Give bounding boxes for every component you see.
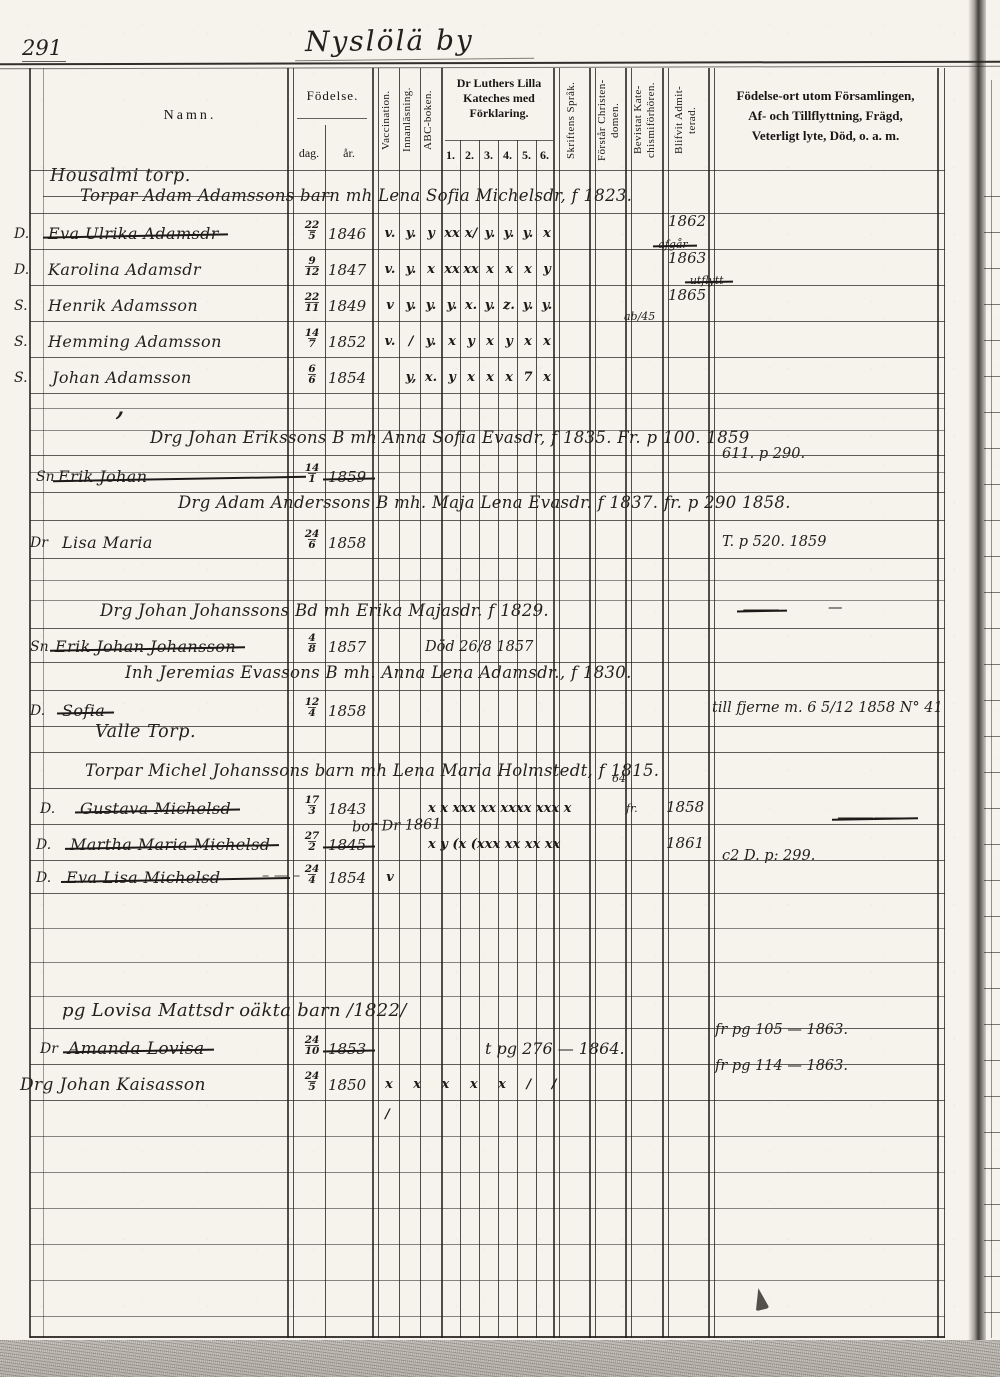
margin-note: T. p 520. 1859 — [722, 534, 826, 550]
col-katekes-6: 6. — [535, 148, 554, 163]
family-header: pg Lovisa Mattsdr oäkta barn /1822/ — [62, 1000, 407, 1021]
mark-cell: x — [538, 219, 556, 249]
death-note: Död 26/8 1857 — [425, 632, 533, 662]
transfer-note: t pg 276 — 1864. — [485, 1034, 625, 1064]
birth-year: 1850 — [328, 1070, 366, 1100]
mark-cell: x. — [422, 363, 440, 393]
mark-cell: y. — [443, 291, 461, 321]
dash-mark: — — [828, 600, 843, 616]
mark-cell: x — [422, 255, 440, 285]
table-row: D. Eva Lisa Michelsd 244 1854 v — [0, 863, 1000, 893]
ruled-line — [30, 580, 945, 581]
ruled-line — [445, 140, 553, 141]
birth-year: 1854 — [328, 363, 366, 393]
mark-cell: y. — [422, 291, 440, 321]
mark-cell: y. — [402, 291, 420, 321]
birth-day: 912 — [300, 257, 324, 277]
mark-cell: x — [500, 363, 518, 393]
mark-cell: xx — [443, 255, 461, 285]
row-name: Lisa Maria — [62, 528, 153, 558]
birth-year: 1858 — [328, 528, 366, 558]
birth-year: 1849 — [328, 291, 366, 321]
col-fodelseort-header: Födelse-ort utom Församlingen, Af- och T… — [714, 86, 937, 146]
col-bevistat-header: Bevistat Kate- chismiförhören. — [632, 74, 660, 166]
admitted-year: 1862 — [668, 212, 706, 230]
margin-note: c2 D. p: 299. — [722, 848, 815, 864]
birth-day: 2410 — [300, 1036, 324, 1056]
row-relation: S. — [14, 291, 28, 321]
row-name: Karolina Adamsdr — [48, 255, 201, 285]
mark-cell: x — [538, 327, 556, 357]
row-relation: Sn — [30, 632, 49, 662]
row-name: Erik Johan — [58, 462, 297, 492]
admitted-year: 1865 — [668, 286, 706, 304]
margin-note: till fjerne m. 6 5/12 1858 N° 41 — [712, 700, 943, 716]
birth-day: 246 — [300, 530, 324, 550]
margin-note: 611. p 290. — [722, 446, 805, 462]
mark-cell: 7 — [519, 363, 537, 393]
mark-cell: y. — [481, 291, 499, 321]
row-name: Amanda Lovisa — [68, 1034, 205, 1064]
table-row: D. Martha Maria Michelsd 272 1845 x y (x… — [0, 830, 1000, 860]
mark-row: x x xxx xx xxxx xxx x — [428, 794, 603, 824]
margin-note: fr pg 105 — 1863. — [715, 1022, 848, 1038]
ruled-line — [30, 455, 945, 456]
row-name: Gustava Michelsd — [80, 794, 231, 824]
mark-cell: y. — [519, 219, 537, 249]
row-relation: S. — [14, 363, 28, 393]
mark-cell: y. — [519, 291, 537, 321]
ink-blot-artifact — [751, 1287, 770, 1312]
col-katekes-1: 1. — [441, 148, 460, 163]
ruled-line — [30, 628, 945, 629]
birth-day: 245 — [300, 1072, 324, 1092]
mark-cell: x — [519, 327, 537, 357]
table-row: S. Hemming Adamsson 147 1852 v. / y. x y… — [0, 327, 1000, 357]
birth-year: 1859 — [328, 462, 366, 492]
birth-day: 244 — [300, 865, 324, 885]
col-namn-header: Namn. — [120, 108, 260, 124]
family-header: Torpar Michel Johanssons barn mh Lena Ma… — [85, 761, 659, 780]
col-innanlasning-header: Innanläsning. — [401, 74, 419, 166]
admitted-year: 1858 — [666, 798, 704, 816]
table-row: Sn Erik Johan 141 1859 — [0, 462, 1000, 492]
row-relation: Sn — [36, 462, 55, 492]
mark-cell: x — [538, 363, 556, 393]
col-fodelse-header: Födelse. — [293, 88, 372, 104]
mark-row: x y (x (xxx xx xx xx — [428, 830, 588, 860]
table-row: Dr Lisa Maria 246 1858 — [0, 528, 1000, 558]
section-label: Housalmi torp. — [50, 166, 191, 186]
mark-cell: y. — [422, 327, 440, 357]
ruled-line — [30, 824, 945, 825]
ruled-line — [297, 118, 367, 119]
row-relation: D. — [36, 830, 51, 860]
birth-day: 141 — [300, 464, 324, 484]
col-forstar-header: Förstår Christen- domen. — [596, 74, 624, 166]
superscript-note: 64 — [612, 772, 626, 785]
birth-day: 124 — [300, 698, 324, 718]
ruled-line — [30, 788, 945, 789]
row-name: Henrik Adamsson — [48, 291, 198, 321]
col-katekes-2: 2. — [460, 148, 479, 163]
row-name: Hemming Adamsson — [48, 327, 222, 357]
row-relation: Dr — [40, 1034, 58, 1064]
admitted-year: 1861 — [666, 834, 704, 852]
birth-year: 1858 — [328, 696, 366, 726]
mark-cell: y — [462, 327, 480, 357]
mark-row: v — [381, 863, 399, 893]
mark-cell: x — [519, 255, 537, 285]
ruled-line — [30, 690, 945, 691]
margin-note: fr pg 114 — 1863. — [715, 1058, 848, 1074]
ruled-line — [30, 1208, 945, 1209]
col-blifvit-header: Blifvit Admit- terad. — [673, 74, 703, 166]
birth-day: 48 — [300, 634, 324, 654]
ruled-line — [30, 321, 945, 322]
scan-noise-band — [0, 1340, 1000, 1377]
table-row: D. Eva Ulrika Adamsdr 225 1846 v. y. y x… — [0, 219, 1000, 249]
col-katekes-3: 3. — [479, 148, 498, 163]
birth-year: 1857 — [328, 632, 366, 662]
mark-cell: y — [443, 363, 461, 393]
row-name: Sofia — [62, 696, 105, 726]
mark-cell: xx — [443, 219, 461, 249]
family-header: Torpar Adam Adamssons barn mh Lena Sofia… — [80, 186, 632, 205]
mark-cell: x — [481, 255, 499, 285]
birth-year: 1853 — [328, 1034, 366, 1064]
mark-cell: y. — [481, 219, 499, 249]
margin-ruled-lines — [984, 196, 1000, 1332]
birth-day: 147 — [300, 329, 324, 349]
family-header: Inh Jeremias Evassons B mh. Anna Lena Ad… — [125, 663, 632, 682]
struck-scribble: ⸻⸻ — [837, 809, 909, 826]
top-rule — [0, 61, 1000, 66]
mark-cell: y. — [402, 255, 420, 285]
birth-year: 1847 — [328, 255, 366, 285]
ruled-line — [30, 928, 945, 929]
page-title: Nyslölä by — [295, 23, 534, 61]
birth-year: 1852 — [328, 327, 366, 357]
ruled-line — [30, 752, 945, 753]
ruled-line — [30, 1172, 945, 1173]
top-rule-secondary — [0, 66, 1000, 70]
birth-year: 1846 — [328, 219, 366, 249]
birth-day: 173 — [300, 796, 324, 816]
mark-cell: x — [481, 363, 499, 393]
table-row: Sn Erik Johan Johansson 48 1857 Död 26/8… — [0, 632, 1000, 662]
col-skriftens-header: Skriftens Språk. — [565, 74, 583, 166]
table-row: Drg Johan Kaisasson 245 1850 x x x x x /… — [0, 1070, 1000, 1100]
table-row: S. Johan Adamsson 66 1854 y, x. y x x x … — [0, 363, 1000, 393]
col-dag-header: dag. — [293, 146, 325, 161]
col-katekes-5: 5. — [517, 148, 536, 163]
scanned-page: 291 Nyslölä by Namn. Födelse. dag. år. V… — [0, 0, 1000, 1377]
col-ar-header: år. — [328, 146, 370, 161]
col-vaccination-header: Vaccination. — [380, 74, 398, 166]
bevistat-note: fr. — [626, 802, 638, 815]
row-relation: D. — [14, 219, 29, 249]
ruled-line — [30, 520, 945, 521]
birth-year: 1845 — [328, 830, 366, 860]
mark-cell: v. — [381, 255, 399, 285]
row-name: Drg Johan Kaisasson — [20, 1070, 206, 1100]
birth-year: 1854 — [328, 863, 366, 893]
ruled-line — [30, 357, 945, 358]
ruled-line — [30, 1316, 945, 1317]
mark-cell: x — [481, 327, 499, 357]
ruled-line — [30, 1136, 945, 1137]
mark-cell: y — [500, 327, 518, 357]
table-row: Dr Amanda Lovisa 2410 1853 t pg 276 — 18… — [0, 1034, 1000, 1064]
row-name: Eva Ulrika Adamsdr — [48, 219, 219, 249]
mark-cell: x — [443, 327, 461, 357]
mark-cell: v. — [381, 327, 399, 357]
mark-cell: y. — [402, 219, 420, 249]
ruled-line — [30, 1280, 945, 1281]
row-relation: S. — [14, 327, 28, 357]
page-number: 291 — [22, 36, 66, 62]
ruled-line — [30, 1244, 945, 1245]
row-name: Eva Lisa Michelsd — [66, 863, 281, 893]
mark-cell: v — [381, 291, 399, 321]
mark-cell: xx — [462, 255, 480, 285]
ruled-line — [30, 393, 945, 394]
table-row: S. Henrik Adamsson 2211 1849 v y. y. y. … — [0, 291, 1000, 321]
ruled-line — [30, 213, 945, 214]
birth-day: 272 — [300, 832, 324, 852]
mark-cell: y, — [402, 363, 420, 393]
row-relation: D. — [36, 863, 51, 893]
row-relation: D. — [30, 696, 45, 726]
col-abcboken-header: ABC-boken. — [422, 74, 440, 166]
row-name: Martha Maria Michelsd — [70, 830, 270, 860]
birth-day: 225 — [300, 221, 324, 241]
table-row: D. Karolina Adamsdr 912 1847 v. y. x xx … — [0, 255, 1000, 285]
birth-day: 2211 — [300, 293, 324, 313]
family-header: Drg Adam Anderssons B mh. Maja Lena Evas… — [178, 493, 791, 512]
mark-cell: y. — [538, 291, 556, 321]
mark-cell: / — [402, 327, 420, 357]
admitted-year: 1863 — [668, 249, 706, 267]
row-relation: Dr — [30, 528, 48, 558]
ruled-line — [30, 408, 945, 409]
ruled-line — [30, 996, 945, 997]
col-katekes-header: Dr Luthers Lilla Kateches med Förklaring… — [445, 76, 553, 121]
mark-cell: y — [422, 219, 440, 249]
ruled-line — [30, 285, 945, 286]
mark-cell: z. — [500, 291, 518, 321]
birth-day: 66 — [300, 365, 324, 385]
struck-scribble: ⸻ — [742, 601, 778, 618]
mark-cell: x — [500, 255, 518, 285]
family-header: Drg Johan Johanssons Bd mh Erika Majasdr… — [100, 601, 549, 620]
ruled-line — [30, 249, 945, 250]
mark-cell: x. — [462, 291, 480, 321]
ruled-line — [30, 893, 945, 894]
table-bottom-line — [30, 1336, 945, 1338]
row-name: Erik Johan Johansson — [55, 632, 236, 662]
mark-cell: y. — [500, 219, 518, 249]
mark-cell: v. — [381, 219, 399, 249]
family-header: Drg Johan Erikssons B mh Anna Sofia Evas… — [150, 428, 750, 447]
bevistat-note: ab/45 — [624, 310, 655, 323]
row-relation: D. — [40, 794, 55, 824]
mark-row: x x x x x / / / — [385, 1070, 570, 1130]
row-relation: D. — [14, 255, 29, 285]
mark-cell: y — [538, 255, 556, 285]
ruled-line — [30, 962, 945, 963]
ruled-line — [30, 558, 945, 559]
ink-swirl-artifact: , — [115, 385, 125, 423]
mark-cell: x — [462, 363, 480, 393]
col-katekes-4: 4. — [498, 148, 517, 163]
mark-cell: x/ — [462, 219, 480, 249]
